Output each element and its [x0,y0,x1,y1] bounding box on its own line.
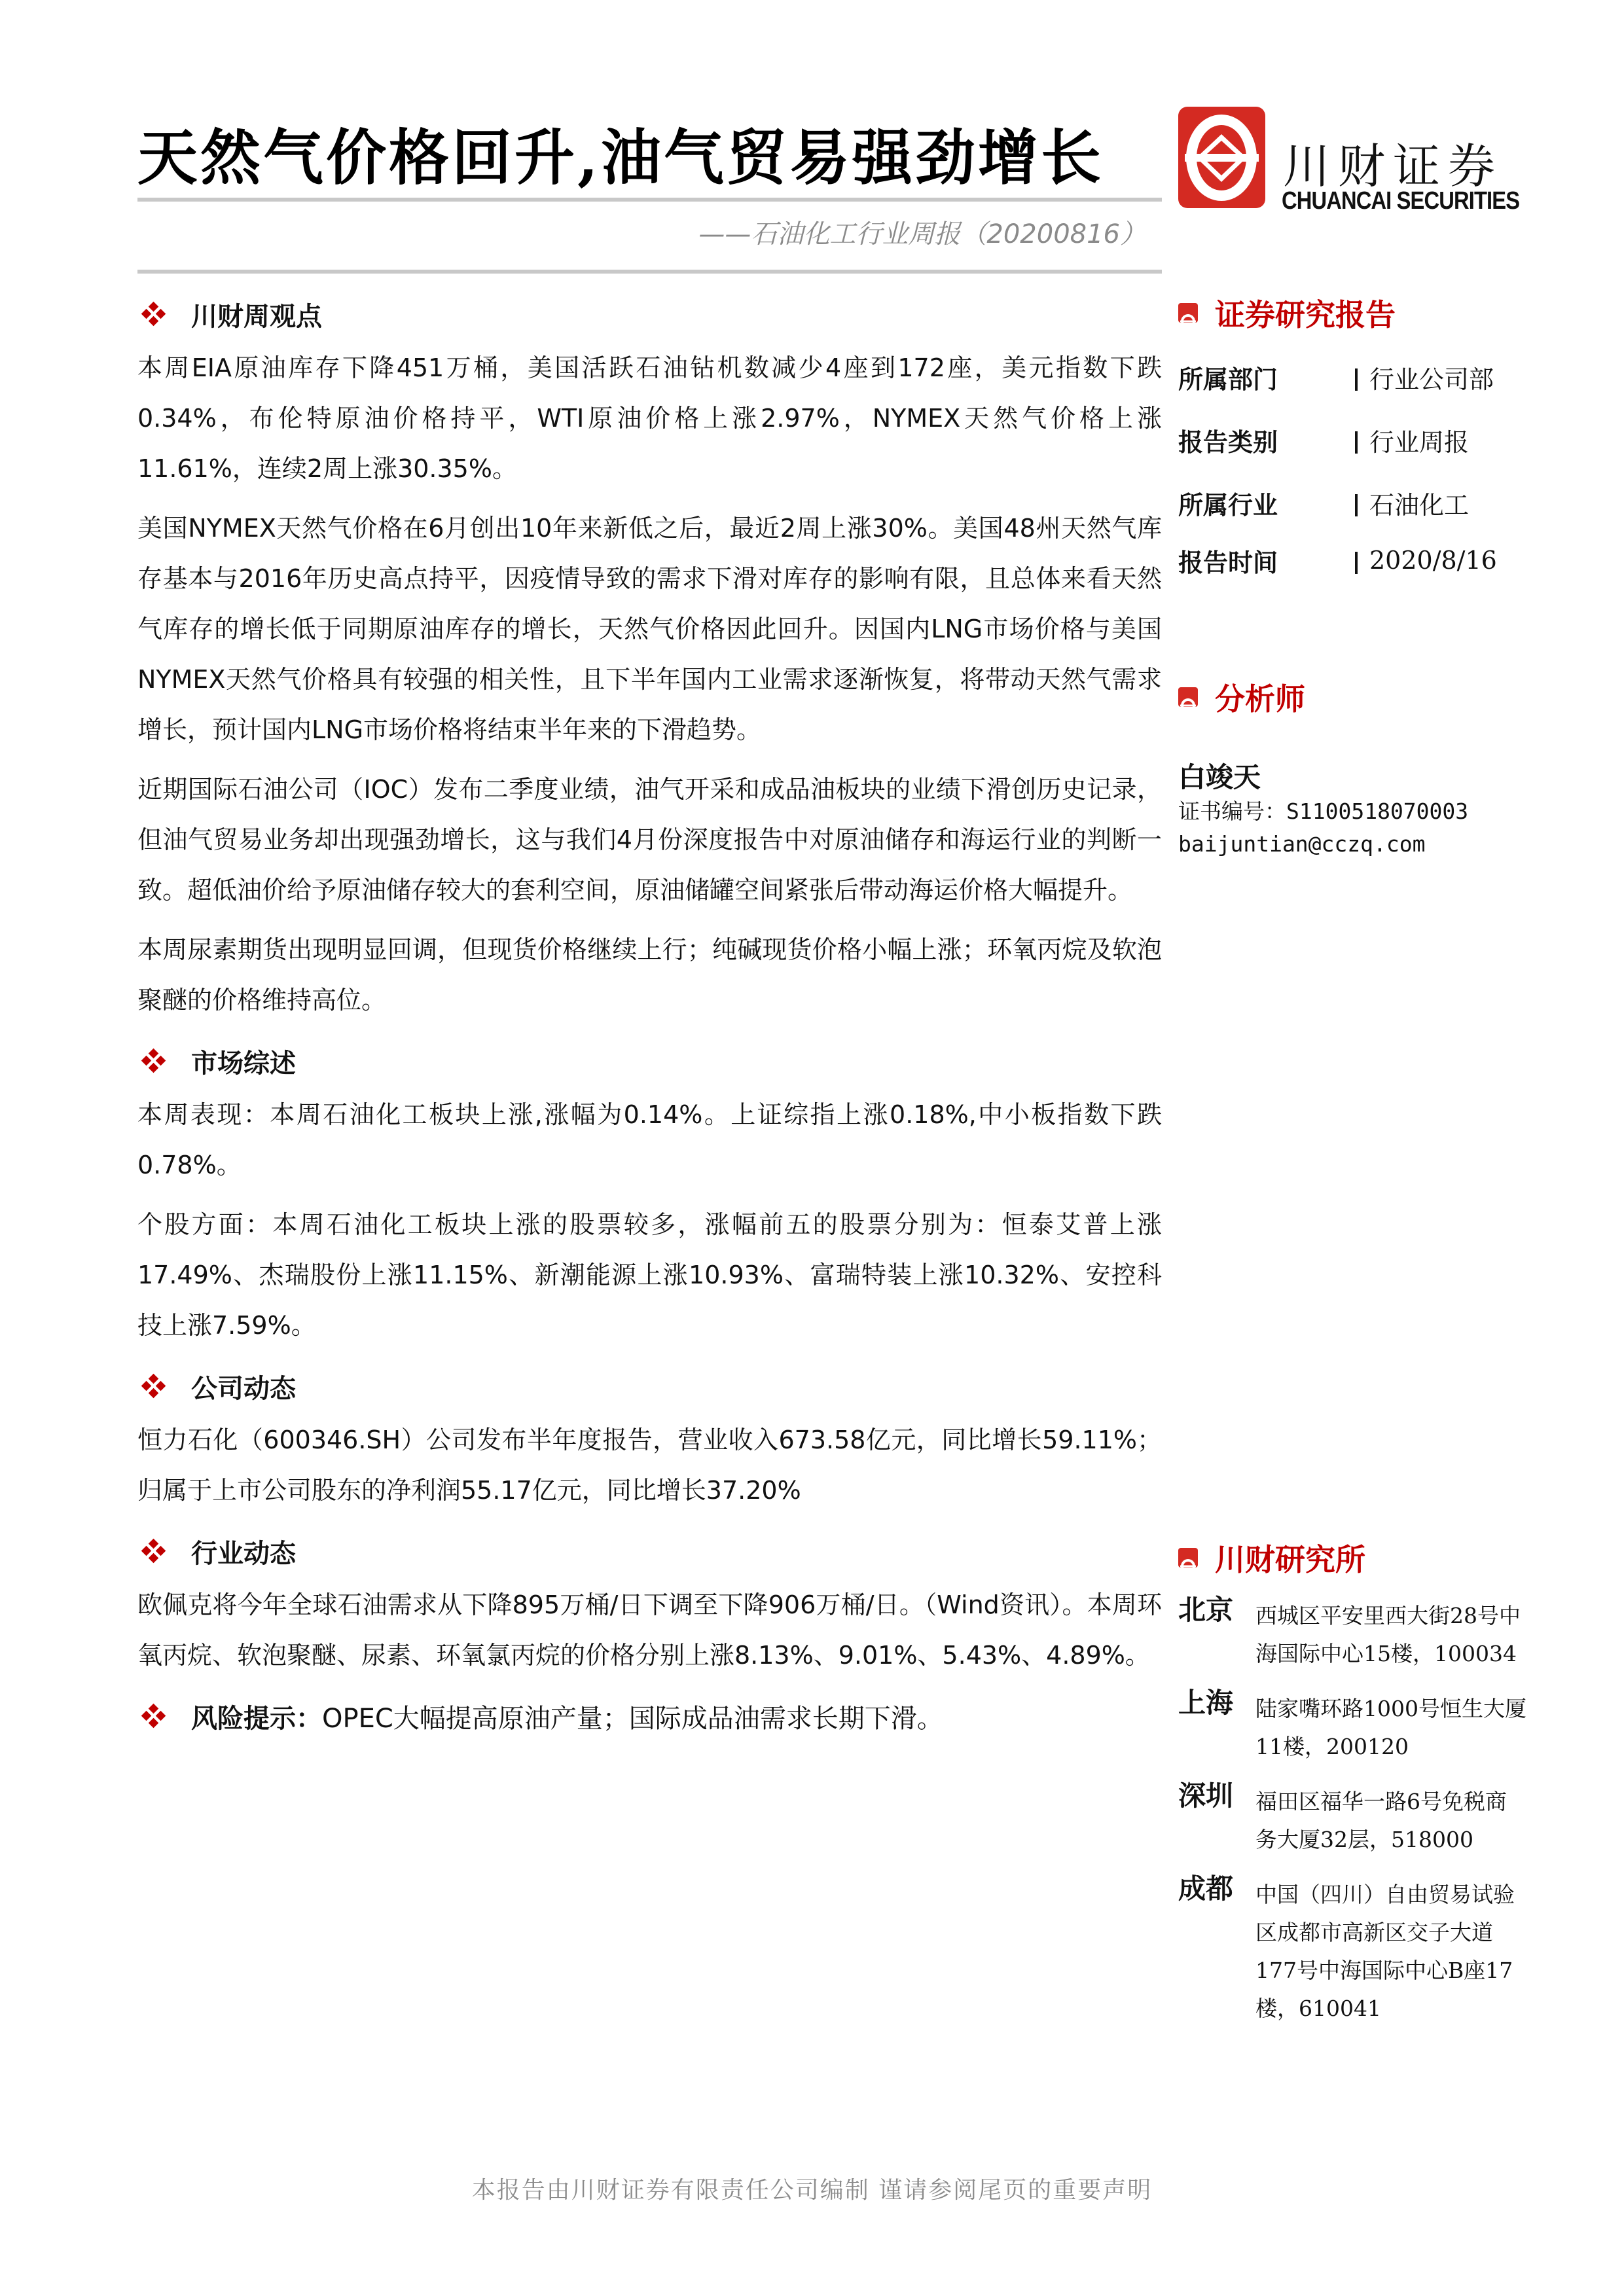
info-key: 报告类别 [1178,422,1355,458]
info-value: 行业公司部 [1369,359,1494,395]
analyst-email[interactable]: baijuntian@cczq.com [1178,828,1597,861]
office-city: 北京 [1178,1590,1255,1673]
separator-bar [1355,552,1358,574]
heading-label: 川财研究所 [1215,1536,1365,1579]
diamond-bullet-icon [143,1705,165,1727]
diamond-bullet-icon [143,1050,165,1072]
address-line: 陆家嘴环路1000号恒生大厦 [1255,1690,1583,1728]
office-shanghai: 上海 陆家嘴环路1000号恒生大厦 11楼，200120 [1178,1683,1597,1766]
title-divider [137,198,1162,202]
mini-logo-icon [1178,687,1198,707]
paragraph: 美国NYMEX天然气价格在6月创出10年来新低之后，最近2周上涨30%。美国48… [137,503,1162,755]
info-row-date: 报告时间 2020/8/16 [1178,534,1597,586]
analyst-cert: 证书编号：S1100518070003 [1178,795,1597,828]
heading-label: 证券研究报告 [1215,291,1396,334]
address-line: 福田区福华一路6号免税商 [1255,1783,1583,1821]
section-heading-company-news: 公司动态 [137,1360,1162,1412]
paragraph: 本周表现：本周石油化工板块上涨,涨幅为0.14%。上证综指上涨0.18%,中小板… [137,1090,1162,1191]
info-row-department: 所属部门 行业公司部 [1178,346,1597,408]
report-info-panel: 证券研究报告 所属部门 行业公司部 报告类别 行业周报 所属行业 石油化工 报告… [1178,293,1597,586]
report-subtitle: ——石油化工行业周报（20200816） [698,213,1146,251]
address-line: 11楼，200120 [1255,1728,1583,1766]
info-value: 行业周报 [1369,422,1469,458]
office-city: 成都 [1178,1869,1255,2028]
info-key: 所属行业 [1178,485,1355,521]
risk-text: OPEC大幅提高原油产量；国际成品油需求长期下滑。 [322,1698,943,1735]
info-row-industry: 所属行业 石油化工 [1178,471,1597,534]
institute-heading: 川财研究所 [1178,1538,1597,1577]
analyst-name: 白竣天 [1178,756,1597,795]
brand-name-en: CHUANCAI SECURITIES [1282,187,1519,215]
address-line: 楼，610041 [1255,1990,1583,2028]
separator-bar [1355,368,1358,391]
office-city: 上海 [1178,1683,1255,1766]
brand-name-cn: 川财证券 [1283,128,1503,196]
paragraph: 本周EIA原油库存下降451万桶，美国活跃石油钻机数减少4座到172座，美元指数… [137,343,1162,494]
section-heading-label: 川财周观点 [191,296,322,333]
section-heading-industry-news: 行业动态 [137,1525,1162,1577]
report-info-heading: 证券研究报告 [1178,293,1597,332]
office-beijing: 北京 西城区平安里西大街28号中 海国际中心15楼，100034 [1178,1590,1597,1673]
address-line: 西城区平安里西大街28号中 [1255,1597,1583,1635]
info-value: 石油化工 [1369,485,1469,521]
address-line: 海国际中心15楼，100034 [1255,1635,1583,1673]
section-heading-label: 行业动态 [191,1533,296,1570]
address-line: 中国（四川）自由贸易试验 [1255,1876,1583,1914]
info-key: 所属部门 [1178,359,1355,395]
address-line: 务大厦32层，518000 [1255,1821,1583,1859]
report-title: 天然气价格回升,油气贸易强劲增长 [137,110,1104,196]
info-value: 2020/8/16 [1369,546,1497,575]
section-heading-label: 市场综述 [191,1043,296,1080]
main-content: 川财周观点 本周EIA原油库存下降451万桶，美国活跃石油钻机数减少4座到172… [137,288,1162,1742]
heading-label: 分析师 [1215,675,1305,719]
separator-bar [1355,431,1358,454]
analyst-heading: 分析师 [1178,677,1597,717]
office-chengdu: 成都 中国（四川）自由贸易试验 区成都市高新区交子大道 177号中海国际中心B座… [1178,1869,1597,2028]
section-heading-market-overview: 市场综述 [137,1035,1162,1087]
risk-label: 风险提示： [191,1698,322,1735]
office-shenzhen: 深圳 福田区福华一路6号免税商 务大厦32层，518000 [1178,1776,1597,1859]
info-key: 报告时间 [1178,543,1355,579]
office-city: 深圳 [1178,1776,1255,1859]
section-heading-weekly-view: 川财周观点 [137,288,1162,340]
paragraph: 个股方面：本周石油化工板块上涨的股票较多，涨幅前五的股票分别为：恒泰艾普上涨17… [137,1200,1162,1351]
paragraph: 本周尿素期货出现明显回调，但现货价格继续上行；纯碱现货价格小幅上涨；环氧丙烷及软… [137,925,1162,1026]
mini-logo-icon [1178,1548,1198,1568]
paragraph: 恒力石化（600346.SH）公司发布半年度报告，营业收入673.58亿元，同比… [137,1415,1162,1516]
chuancai-logo-icon [1178,107,1265,208]
separator-bar [1355,494,1358,516]
diamond-bullet-icon [143,1375,165,1397]
info-row-report-type: 报告类别 行业周报 [1178,408,1597,471]
section-heading-label: 公司动态 [191,1368,296,1405]
risk-warning: 风险提示： OPEC大幅提高原油产量；国际成品油需求长期下滑。 [137,1690,1162,1742]
subtitle-divider [137,270,1162,274]
address-line: 区成都市高新区交子大道 [1255,1914,1583,1952]
analyst-panel: 分析师 白竣天 证书编号：S1100518070003 baijuntian@c… [1178,677,1597,861]
page-footer-disclaimer: 本报告由川财证券有限责任公司编制 谨请参阅尾页的重要声明 [0,2172,1624,2205]
paragraph: 近期国际石油公司（IOC）发布二季度业绩，油气开采和成品油板块的业绩下滑创历史记… [137,764,1162,916]
address-line: 177号中海国际中心B座17 [1255,1952,1583,1990]
institute-panel: 川财研究所 北京 西城区平安里西大街28号中 海国际中心15楼，100034 上… [1178,1538,1597,2038]
mini-logo-icon [1178,303,1198,323]
diamond-bullet-icon [143,1540,165,1562]
diamond-bullet-icon [143,303,165,325]
paragraph: 欧佩克将今年全球石油需求从下降895万桶/日下调至下降906万桶/日。（Wind… [137,1580,1162,1681]
